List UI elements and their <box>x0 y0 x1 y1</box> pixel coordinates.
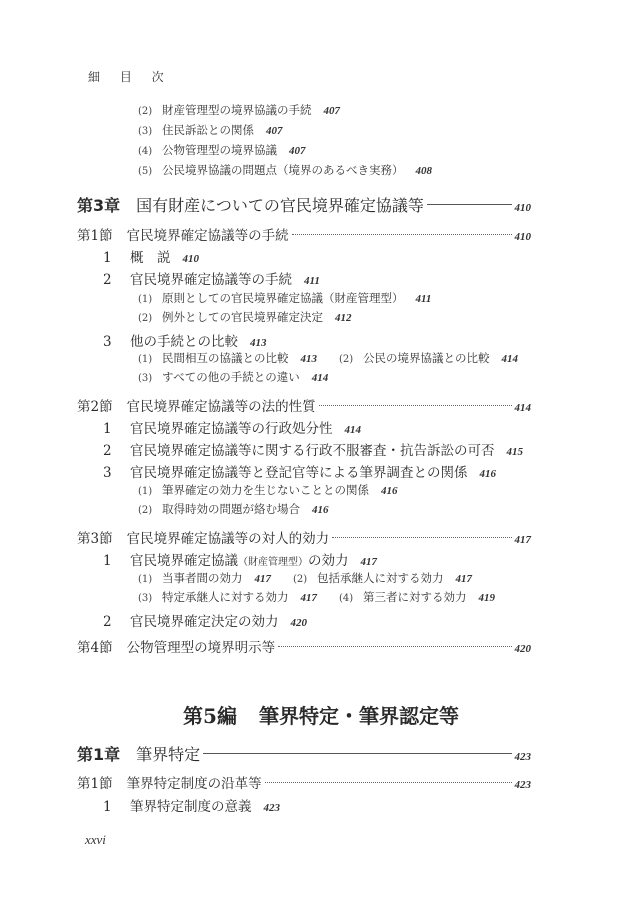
page-number: 414 <box>515 402 532 414</box>
item-number: 1 <box>103 250 130 266</box>
chapter-label: 第3章 <box>77 196 120 215</box>
page-number: 420 <box>515 643 532 655</box>
section-label: 第2節 <box>77 399 113 415</box>
part-label: 第5編 <box>183 704 237 728</box>
item-number: 2 <box>103 443 130 459</box>
toc-subitem[interactable]: (2)取得時効の問題が絡む場合416 <box>138 501 329 517</box>
toc-subitem-row: (1)当事者間の効力417(2)包括承継人に対する効力417 <box>138 570 472 586</box>
subitem-text: 取得時効の問題が絡む場合 <box>162 502 300 516</box>
subitem-number: (2) <box>138 106 162 117</box>
item-text: 官民境界確定協議 <box>130 553 238 569</box>
subitem-number: (1) <box>138 354 162 365</box>
page-number: 416 <box>480 468 497 480</box>
chapter-label: 第1章 <box>77 745 120 764</box>
section-title: 公物管理型の境界明示等 <box>127 640 276 656</box>
toc-item[interactable]: 1概 説410 <box>103 246 199 266</box>
page-number: 407 <box>266 125 283 137</box>
page-number: 419 <box>479 592 496 604</box>
item-text: 概 説 <box>130 250 171 266</box>
toc-subitem[interactable]: (1)原則としての官民境界確定協議（財産管理型）411 <box>138 290 431 306</box>
page-number: 411 <box>304 275 320 287</box>
page-number-footer: xxvi <box>85 832 106 848</box>
page-number: 420 <box>291 617 308 629</box>
section-label: 第4節 <box>77 640 113 656</box>
item-text-tail: の効力 <box>308 553 349 569</box>
dotted-leader <box>319 405 512 406</box>
page-number: 423 <box>264 802 281 814</box>
item-text: 他の手続との比較 <box>130 334 238 350</box>
toc-section[interactable]: 第4節公物管理型の境界明示等 420 <box>77 636 531 656</box>
toc-subitem[interactable]: (5)公民境界協議の問題点（境界のあるべき実務）408 <box>138 162 432 178</box>
subitem-text: 当事者間の効力 <box>162 571 243 585</box>
page-number: 414 <box>502 353 519 365</box>
item-text: 官民境界確定協議等に関する行政不服審査・抗告訴訟の可否 <box>130 443 495 459</box>
toc-subitem[interactable]: (2)包括承継人に対する効力417 <box>293 571 472 585</box>
section-label: 第1節 <box>77 228 113 244</box>
toc-item[interactable]: 3他の手続との比較413 <box>103 330 267 350</box>
page-header-title: 細 目 次 <box>88 68 172 85</box>
dotted-leader <box>292 234 512 235</box>
toc-chapter-3[interactable]: 第3章国有財産についての官民境界確定協議等 410 <box>77 193 531 216</box>
subitem-number: (2) <box>293 574 317 585</box>
toc-subitem[interactable]: (3)すべての他の手続との違い414 <box>138 369 328 385</box>
part-title: 筆界特定・筆界認定等 <box>259 704 459 728</box>
toc-subitem[interactable]: (1)当事者間の効力417 <box>138 571 271 585</box>
section-title: 官民境界確定協議等の対人的効力 <box>127 531 330 547</box>
subitem-text: 公民境界協議の問題点（境界のあるべき実務） <box>162 163 404 177</box>
toc-subitem-row: (1)民間相互の協議との比較413(2)公民の境界協議との比較414 <box>138 350 518 366</box>
page-number: 408 <box>416 165 433 177</box>
toc-item[interactable]: 2官民境界確定決定の効力420 <box>103 610 307 630</box>
subitem-number: (2) <box>339 354 363 365</box>
leader-line <box>203 753 511 754</box>
dotted-leader <box>278 646 511 647</box>
item-text: 筆界特定制度の意義 <box>130 799 252 815</box>
page-number: 423 <box>515 779 532 791</box>
toc-subitem[interactable]: (1)筆界確定の効力を生じないこととの関係416 <box>138 482 398 498</box>
toc-subitem[interactable]: (3)住民訴訟との関係407 <box>138 122 283 138</box>
toc-item[interactable]: 3官民境界確定協議等と登記官等による筆界調査との関係416 <box>103 461 496 481</box>
page-number: 417 <box>301 592 318 604</box>
toc-part-5[interactable]: 第5編筆界特定・筆界認定等 <box>0 700 642 729</box>
subitem-text: 例外としての官民境界確定決定 <box>162 310 323 324</box>
page-number: 407 <box>324 105 341 117</box>
item-text: 官民境界確定協議等の手続 <box>130 272 292 288</box>
toc-subitem[interactable]: (2)財産管理型の境界協議の手続407 <box>138 102 340 118</box>
chapter-title: 国有財産についての官民境界確定協議等 <box>136 196 424 215</box>
subitem-number: (4) <box>339 593 363 604</box>
item-number: 1 <box>103 553 130 569</box>
item-text: 官民境界確定協議等と登記官等による筆界調査との関係 <box>130 465 468 481</box>
chapter-title: 筆界特定 <box>136 745 200 764</box>
subitem-text: 第三者に対する効力 <box>363 590 467 604</box>
section-label: 第1節 <box>77 776 113 792</box>
item-number: 2 <box>103 272 130 288</box>
page-number: 407 <box>289 145 306 157</box>
item-text: 官民境界確定決定の効力 <box>130 614 279 630</box>
toc-item[interactable]: 1官民境界確定協議等の行政処分性414 <box>103 417 361 437</box>
page-number: 423 <box>515 751 532 763</box>
page-number: 414 <box>312 372 329 384</box>
subitem-text: 特定承継人に対する効力 <box>162 590 289 604</box>
subitem-number: (3) <box>138 126 162 137</box>
item-text-small: （財産管理型） <box>238 557 308 568</box>
subitem-text: 包括承継人に対する効力 <box>317 571 444 585</box>
toc-subitem[interactable]: (2)公民の境界協議との比較414 <box>339 351 518 365</box>
page-number: 416 <box>381 485 398 497</box>
subitem-text: すべての他の手続との違い <box>162 370 300 384</box>
page-number: 417 <box>515 534 532 546</box>
page-number: 410 <box>183 253 200 265</box>
page-number: 417 <box>255 573 272 585</box>
page-number: 411 <box>416 293 432 305</box>
item-number: 1 <box>103 799 130 815</box>
toc-subitem[interactable]: (2)例外としての官民境界確定決定412 <box>138 309 352 325</box>
subitem-number: (3) <box>138 373 162 384</box>
leader-line <box>427 204 512 205</box>
toc-section[interactable]: 第2節官民境界確定協議等の法的性質 414 <box>77 395 531 415</box>
subitem-text: 住民訴訟との関係 <box>162 123 254 137</box>
toc-item[interactable]: 1筆界特定制度の意義423 <box>103 795 280 815</box>
subitem-text: 財産管理型の境界協議の手続 <box>162 103 312 117</box>
page-number: 414 <box>345 424 362 436</box>
subitem-number: (5) <box>138 166 162 177</box>
subitem-text: 原則としての官民境界確定協議（財産管理型） <box>162 291 404 305</box>
toc-item[interactable]: 2官民境界確定協議等の手続411 <box>103 268 320 288</box>
page-number: 412 <box>335 312 352 324</box>
dotted-leader <box>332 537 511 538</box>
section-title: 筆界特定制度の沿革等 <box>127 776 262 792</box>
toc-subitem[interactable]: (4)公物管理型の境界協議407 <box>138 142 306 158</box>
subitem-number: (3) <box>138 593 162 604</box>
toc-subitem[interactable]: (1)民間相互の協議との比較413 <box>138 351 317 365</box>
toc-subitem[interactable]: (4)第三者に対する効力419 <box>339 590 495 604</box>
item-number: 2 <box>103 614 130 630</box>
subitem-text: 公物管理型の境界協議 <box>162 143 277 157</box>
page-number: 417 <box>456 573 473 585</box>
page-number: 410 <box>515 231 532 243</box>
item-text: 官民境界確定協議等の行政処分性 <box>130 421 333 437</box>
toc-chapter-1[interactable]: 第1章筆界特定 423 <box>77 742 531 765</box>
page-number: 413 <box>250 337 267 349</box>
page-number: 413 <box>301 353 318 365</box>
subitem-number: (1) <box>138 486 162 497</box>
toc-item[interactable]: 2官民境界確定協議等に関する行政不服審査・抗告訴訟の可否415 <box>103 439 523 459</box>
section-title: 官民境界確定協議等の手続 <box>127 228 289 244</box>
page-number: 415 <box>507 446 524 458</box>
subitem-number: (2) <box>138 313 162 324</box>
section-title: 官民境界確定協議等の法的性質 <box>127 399 316 415</box>
subitem-number: (2) <box>138 505 162 516</box>
subitem-text: 民間相互の協議との比較 <box>162 351 289 365</box>
toc-section[interactable]: 第1節官民境界確定協議等の手続 410 <box>77 224 531 244</box>
toc-section[interactable]: 第1節筆界特定制度の沿革等 423 <box>77 772 531 792</box>
toc-item[interactable]: 1官民境界確定協議（財産管理型）の効力417 <box>103 549 377 569</box>
section-label: 第3節 <box>77 531 113 547</box>
subitem-number: (4) <box>138 146 162 157</box>
dotted-leader <box>265 782 512 783</box>
subitem-number: (1) <box>138 574 162 585</box>
page-number: 417 <box>361 556 378 568</box>
item-number: 3 <box>103 334 130 350</box>
page-number: 416 <box>312 504 329 516</box>
item-number: 1 <box>103 421 130 437</box>
subitem-number: (1) <box>138 294 162 305</box>
page-number: 410 <box>515 202 532 214</box>
subitem-text: 公民の境界協議との比較 <box>363 351 490 365</box>
item-number: 3 <box>103 465 130 481</box>
subitem-text: 筆界確定の効力を生じないこととの関係 <box>162 483 369 497</box>
toc-subitem-row: (3)特定承継人に対する効力417(4)第三者に対する効力419 <box>138 589 495 605</box>
toc-section[interactable]: 第3節官民境界確定協議等の対人的効力 417 <box>77 527 531 547</box>
toc-subitem[interactable]: (3)特定承継人に対する効力417 <box>138 590 317 604</box>
